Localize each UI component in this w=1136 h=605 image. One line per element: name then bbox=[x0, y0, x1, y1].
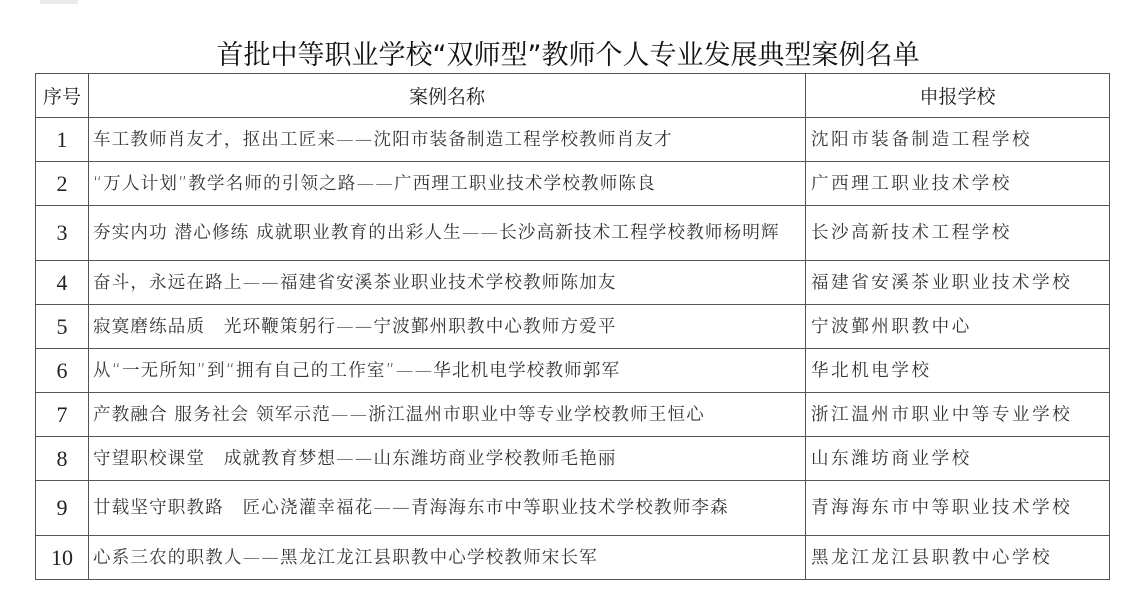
row-index: 5 bbox=[36, 305, 89, 349]
table-row: 1 车工教师肖友才，抠出工匠来——沈阳市装备制造工程学校教师肖友才 沈阳市装备制… bbox=[36, 118, 1110, 162]
row-school: 山东潍坊商业学校 bbox=[806, 437, 1110, 481]
row-index: 2 bbox=[36, 162, 89, 206]
row-index: 8 bbox=[36, 437, 89, 481]
table-row: 4 奋斗，永远在路上——福建省安溪茶业职业技术学校教师陈加友 福建省安溪茶业职业… bbox=[36, 261, 1110, 305]
cropped-header-artifact bbox=[40, 0, 78, 4]
row-school: 华北机电学校 bbox=[806, 349, 1110, 393]
row-school: 沈阳市装备制造工程学校 bbox=[806, 118, 1110, 162]
row-case-name: 奋斗，永远在路上——福建省安溪茶业职业技术学校教师陈加友 bbox=[89, 261, 806, 305]
header-index: 序号 bbox=[36, 74, 89, 118]
row-index: 9 bbox=[36, 481, 89, 536]
table-row: 7 产教融合 服务社会 领军示范——浙江温州市职业中等专业学校教师王恒心 浙江温… bbox=[36, 393, 1110, 437]
row-case-name: 寂寞磨练品质 光环鞭策躬行——宁波鄞州职教中心教师方爱平 bbox=[89, 305, 806, 349]
table-row: 3 夯实内功 潜心修练 成就职业教育的出彩人生——长沙高新技术工程学校教师杨明辉… bbox=[36, 206, 1110, 261]
row-case-name: 夯实内功 潜心修练 成就职业教育的出彩人生——长沙高新技术工程学校教师杨明辉 bbox=[89, 206, 806, 261]
row-case-name: 守望职校课堂 成就教育梦想——山东潍坊商业学校教师毛艳丽 bbox=[89, 437, 806, 481]
row-case-name: 从“一无所知”到“拥有自己的工作室”——华北机电学校教师郭军 bbox=[89, 349, 806, 393]
row-school: 福建省安溪茶业职业技术学校 bbox=[806, 261, 1110, 305]
row-school: 广西理工职业技术学校 bbox=[806, 162, 1110, 206]
row-index: 4 bbox=[36, 261, 89, 305]
row-school: 宁波鄞州职教中心 bbox=[806, 305, 1110, 349]
row-school: 浙江温州市职业中等专业学校 bbox=[806, 393, 1110, 437]
header-school: 申报学校 bbox=[806, 74, 1110, 118]
table-row: 8 守望职校课堂 成就教育梦想——山东潍坊商业学校教师毛艳丽 山东潍坊商业学校 bbox=[36, 437, 1110, 481]
row-index: 3 bbox=[36, 206, 89, 261]
row-index: 6 bbox=[36, 349, 89, 393]
table-header-row: 序号 案例名称 申报学校 bbox=[36, 74, 1110, 118]
table-row: 6 从“一无所知”到“拥有自己的工作室”——华北机电学校教师郭军 华北机电学校 bbox=[36, 349, 1110, 393]
row-index: 10 bbox=[36, 536, 89, 580]
case-list-table: 序号 案例名称 申报学校 1 车工教师肖友才，抠出工匠来——沈阳市装备制造工程学… bbox=[35, 73, 1110, 580]
table-row: 9 廿载坚守职教路 匠心浇灌幸福花——青海海东市中等职业技术学校教师李森 青海海… bbox=[36, 481, 1110, 536]
row-case-name: 心系三农的职教人——黑龙江龙江县职教中心学校教师宋长军 bbox=[89, 536, 806, 580]
table-row: 5 寂寞磨练品质 光环鞭策躬行——宁波鄞州职教中心教师方爱平 宁波鄞州职教中心 bbox=[36, 305, 1110, 349]
row-case-name: “万人计划”教学名师的引领之路——广西理工职业技术学校教师陈良 bbox=[89, 162, 806, 206]
row-case-name: 产教融合 服务社会 领军示范——浙江温州市职业中等专业学校教师王恒心 bbox=[89, 393, 806, 437]
row-case-name: 车工教师肖友才，抠出工匠来——沈阳市装备制造工程学校教师肖友才 bbox=[89, 118, 806, 162]
row-index: 7 bbox=[36, 393, 89, 437]
header-case-name: 案例名称 bbox=[89, 74, 806, 118]
row-case-name: 廿载坚守职教路 匠心浇灌幸福花——青海海东市中等职业技术学校教师李森 bbox=[89, 481, 806, 536]
row-school: 青海海东市中等职业技术学校 bbox=[806, 481, 1110, 536]
table-row: 10 心系三农的职教人——黑龙江龙江县职教中心学校教师宋长军 黑龙江龙江县职教中… bbox=[36, 536, 1110, 580]
table-row: 2 “万人计划”教学名师的引领之路——广西理工职业技术学校教师陈良 广西理工职业… bbox=[36, 162, 1110, 206]
page-title: 首批中等职业学校“双师型”教师个人专业发展典型案例名单 bbox=[0, 34, 1136, 78]
row-index: 1 bbox=[36, 118, 89, 162]
row-school: 黑龙江龙江县职教中心学校 bbox=[806, 536, 1110, 580]
row-school: 长沙高新技术工程学校 bbox=[806, 206, 1110, 261]
